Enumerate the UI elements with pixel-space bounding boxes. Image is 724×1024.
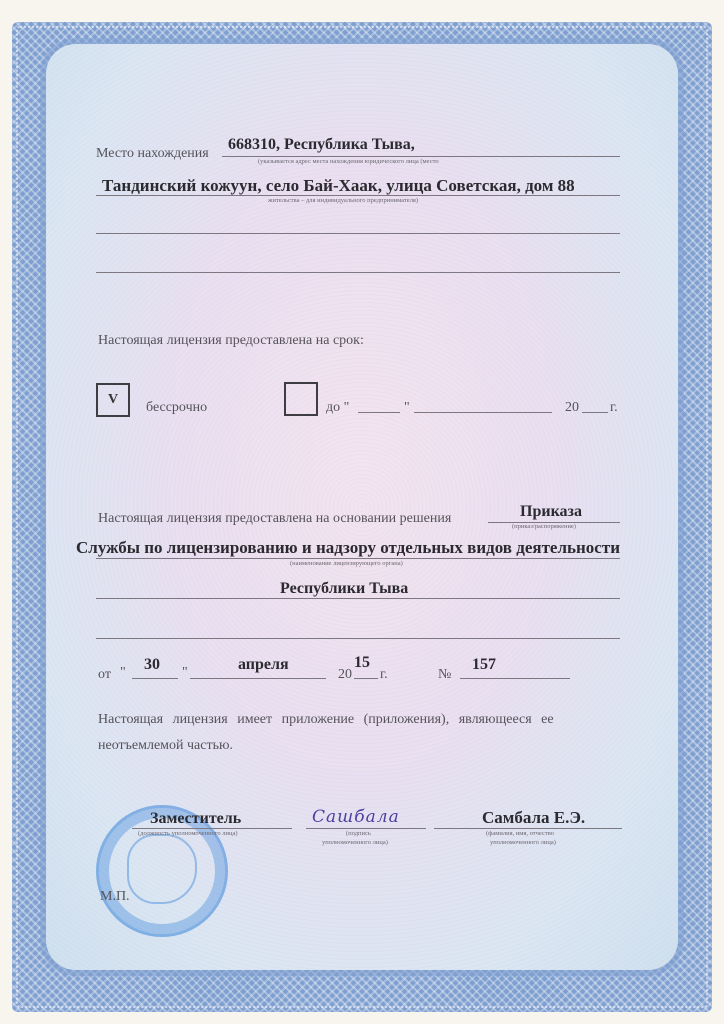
date-day: 30 bbox=[144, 656, 160, 674]
basis-label: Настоящая лицензия предоставлена на осно… bbox=[98, 511, 451, 527]
date-quote-open: " bbox=[120, 665, 126, 681]
until-prefix: до " bbox=[326, 400, 349, 416]
signature-hint2: уполномоченного лица) bbox=[322, 839, 388, 846]
date-year: 15 bbox=[354, 654, 370, 672]
date-quote-close: " bbox=[182, 665, 188, 681]
seal-label: М.П. bbox=[100, 889, 130, 905]
date-month-rule bbox=[190, 678, 326, 679]
until-year-suffix: г. bbox=[610, 400, 618, 416]
address-line1-rule bbox=[222, 156, 620, 157]
number-label: № bbox=[438, 667, 451, 683]
term-label: Настоящая лицензия предоставлена на срок… bbox=[98, 333, 364, 349]
signature-hint1: (подпись bbox=[346, 830, 371, 837]
date-from-label: от bbox=[98, 667, 111, 683]
blank-rule-2 bbox=[96, 272, 620, 273]
date-year-label: г. bbox=[380, 667, 388, 683]
license-number: 157 bbox=[472, 656, 496, 674]
appendix-text-line1: Настоящая лицензия имеет приложение (при… bbox=[98, 712, 554, 728]
blank-rule-1 bbox=[96, 233, 620, 234]
address-hint1: (указывается адрес места нахождения юрид… bbox=[258, 158, 439, 165]
date-month: апреля bbox=[238, 656, 289, 674]
date-year-prefix: 20 bbox=[338, 667, 352, 683]
position-rule bbox=[132, 828, 292, 829]
until-year-field[interactable] bbox=[582, 412, 608, 413]
authority-line2: Республики Тыва bbox=[280, 580, 408, 598]
authority-hint: (наименование лицензирующего органа) bbox=[290, 560, 403, 567]
name-hint2: уполномоченного лица) bbox=[490, 839, 556, 846]
unlimited-label: бессрочно bbox=[146, 400, 207, 416]
check-mark: V bbox=[108, 392, 118, 408]
authority-rule-1 bbox=[96, 558, 620, 559]
signatory-name: Самбала Е.Э. bbox=[482, 808, 585, 828]
name-rule bbox=[434, 828, 622, 829]
address-hint2: жительства – для индивидуального предпри… bbox=[268, 197, 418, 204]
number-rule bbox=[460, 678, 570, 679]
appendix-text-line2: неотъемлемой частью. bbox=[98, 738, 233, 754]
license-page: Место нахождения 668310, Республика Тыва… bbox=[0, 0, 724, 1024]
decision-hint: (приказ/распоряжение) bbox=[512, 523, 576, 530]
date-year-rule bbox=[354, 678, 378, 679]
until-mid-quote: " bbox=[404, 400, 410, 416]
position-hint: (должность уполномоченного лица) bbox=[138, 830, 238, 837]
authority-line1: Службы по лицензированию и надзору отдел… bbox=[76, 538, 620, 558]
date-day-rule bbox=[132, 678, 178, 679]
unlimited-checkbox[interactable]: V bbox=[96, 383, 130, 417]
signature: Сашбала bbox=[312, 807, 400, 827]
until-month-field[interactable] bbox=[414, 412, 552, 413]
address-line2-rule bbox=[96, 195, 620, 196]
authority-rule-2 bbox=[96, 598, 620, 599]
authority-rule-3 bbox=[96, 638, 620, 639]
until-year-prefix: 20 bbox=[565, 400, 579, 416]
signatory-position: Заместитель bbox=[150, 810, 241, 828]
address-line1: 668310, Республика Тыва, bbox=[228, 136, 415, 154]
address-line2: Тандинский кожуун, село Бай-Хаак, улица … bbox=[102, 176, 575, 196]
decision-type: Приказа bbox=[520, 503, 582, 521]
until-day-field[interactable] bbox=[358, 412, 400, 413]
name-hint1: (фамилия, имя, отчество bbox=[486, 830, 554, 837]
signature-rule bbox=[306, 828, 426, 829]
address-label: Место нахождения bbox=[96, 146, 209, 162]
until-checkbox[interactable] bbox=[284, 382, 318, 416]
